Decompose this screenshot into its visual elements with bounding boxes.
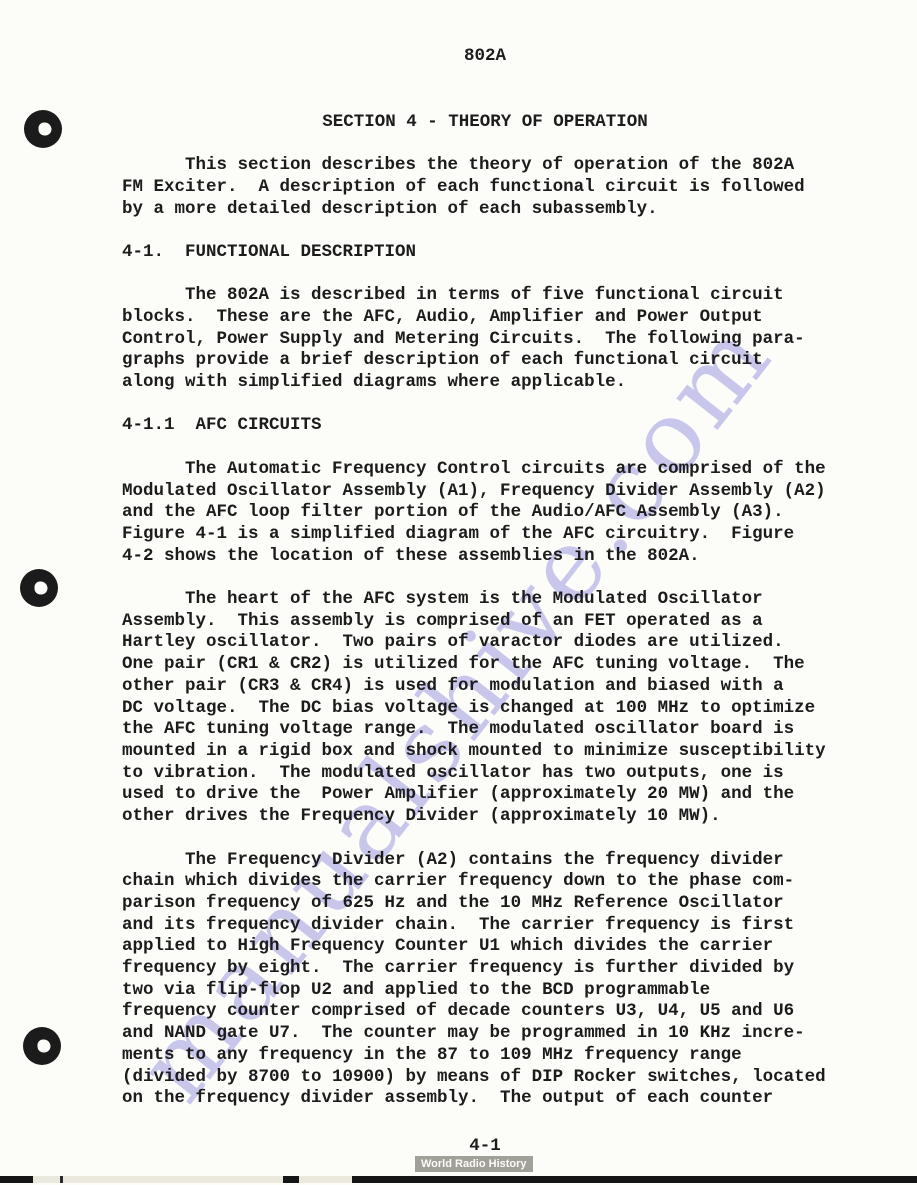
page-number: 4-1 bbox=[122, 1136, 848, 1157]
paragraph-frequency-divider: The Frequency Divider (A2) contains the … bbox=[122, 850, 848, 1110]
hole-punch-center bbox=[37, 1040, 50, 1053]
paragraph-intro: This section describes the theory of ope… bbox=[122, 155, 848, 220]
hole-punch-middle bbox=[20, 569, 58, 607]
doc-number: 802A bbox=[122, 46, 848, 68]
hole-punch-center bbox=[38, 123, 51, 136]
section-title: SECTION 4 - THEORY OF OPERATION bbox=[122, 112, 848, 134]
typed-page-content: 802A SECTION 4 - THEORY OF OPERATION Thi… bbox=[122, 46, 848, 1132]
scan-edge-light-segment bbox=[33, 1176, 283, 1183]
paragraph-afc-overview: The Automatic Frequency Control circuits… bbox=[122, 459, 848, 568]
scan-edge-tick bbox=[60, 1176, 63, 1183]
paragraph-modulated-oscillator: The heart of the AFC system is the Modul… bbox=[122, 589, 848, 828]
hole-punch-top bbox=[24, 110, 62, 148]
world-radio-history-stamp: World Radio History bbox=[415, 1156, 533, 1172]
scanned-manual-page: manualshive.com 802A SECTION 4 - THEORY … bbox=[0, 0, 917, 1185]
heading-afc-circuits: 4-1.1 AFC CIRCUITS bbox=[122, 415, 848, 437]
paragraph-functional-description: The 802A is described in terms of five f… bbox=[122, 285, 848, 394]
hole-punch-center bbox=[34, 582, 47, 595]
scan-edge-light-segment bbox=[299, 1176, 352, 1183]
scan-edge-bar bbox=[0, 1176, 917, 1183]
hole-punch-bottom bbox=[23, 1027, 61, 1065]
heading-functional-description: 4-1. FUNCTIONAL DESCRIPTION bbox=[122, 242, 848, 264]
